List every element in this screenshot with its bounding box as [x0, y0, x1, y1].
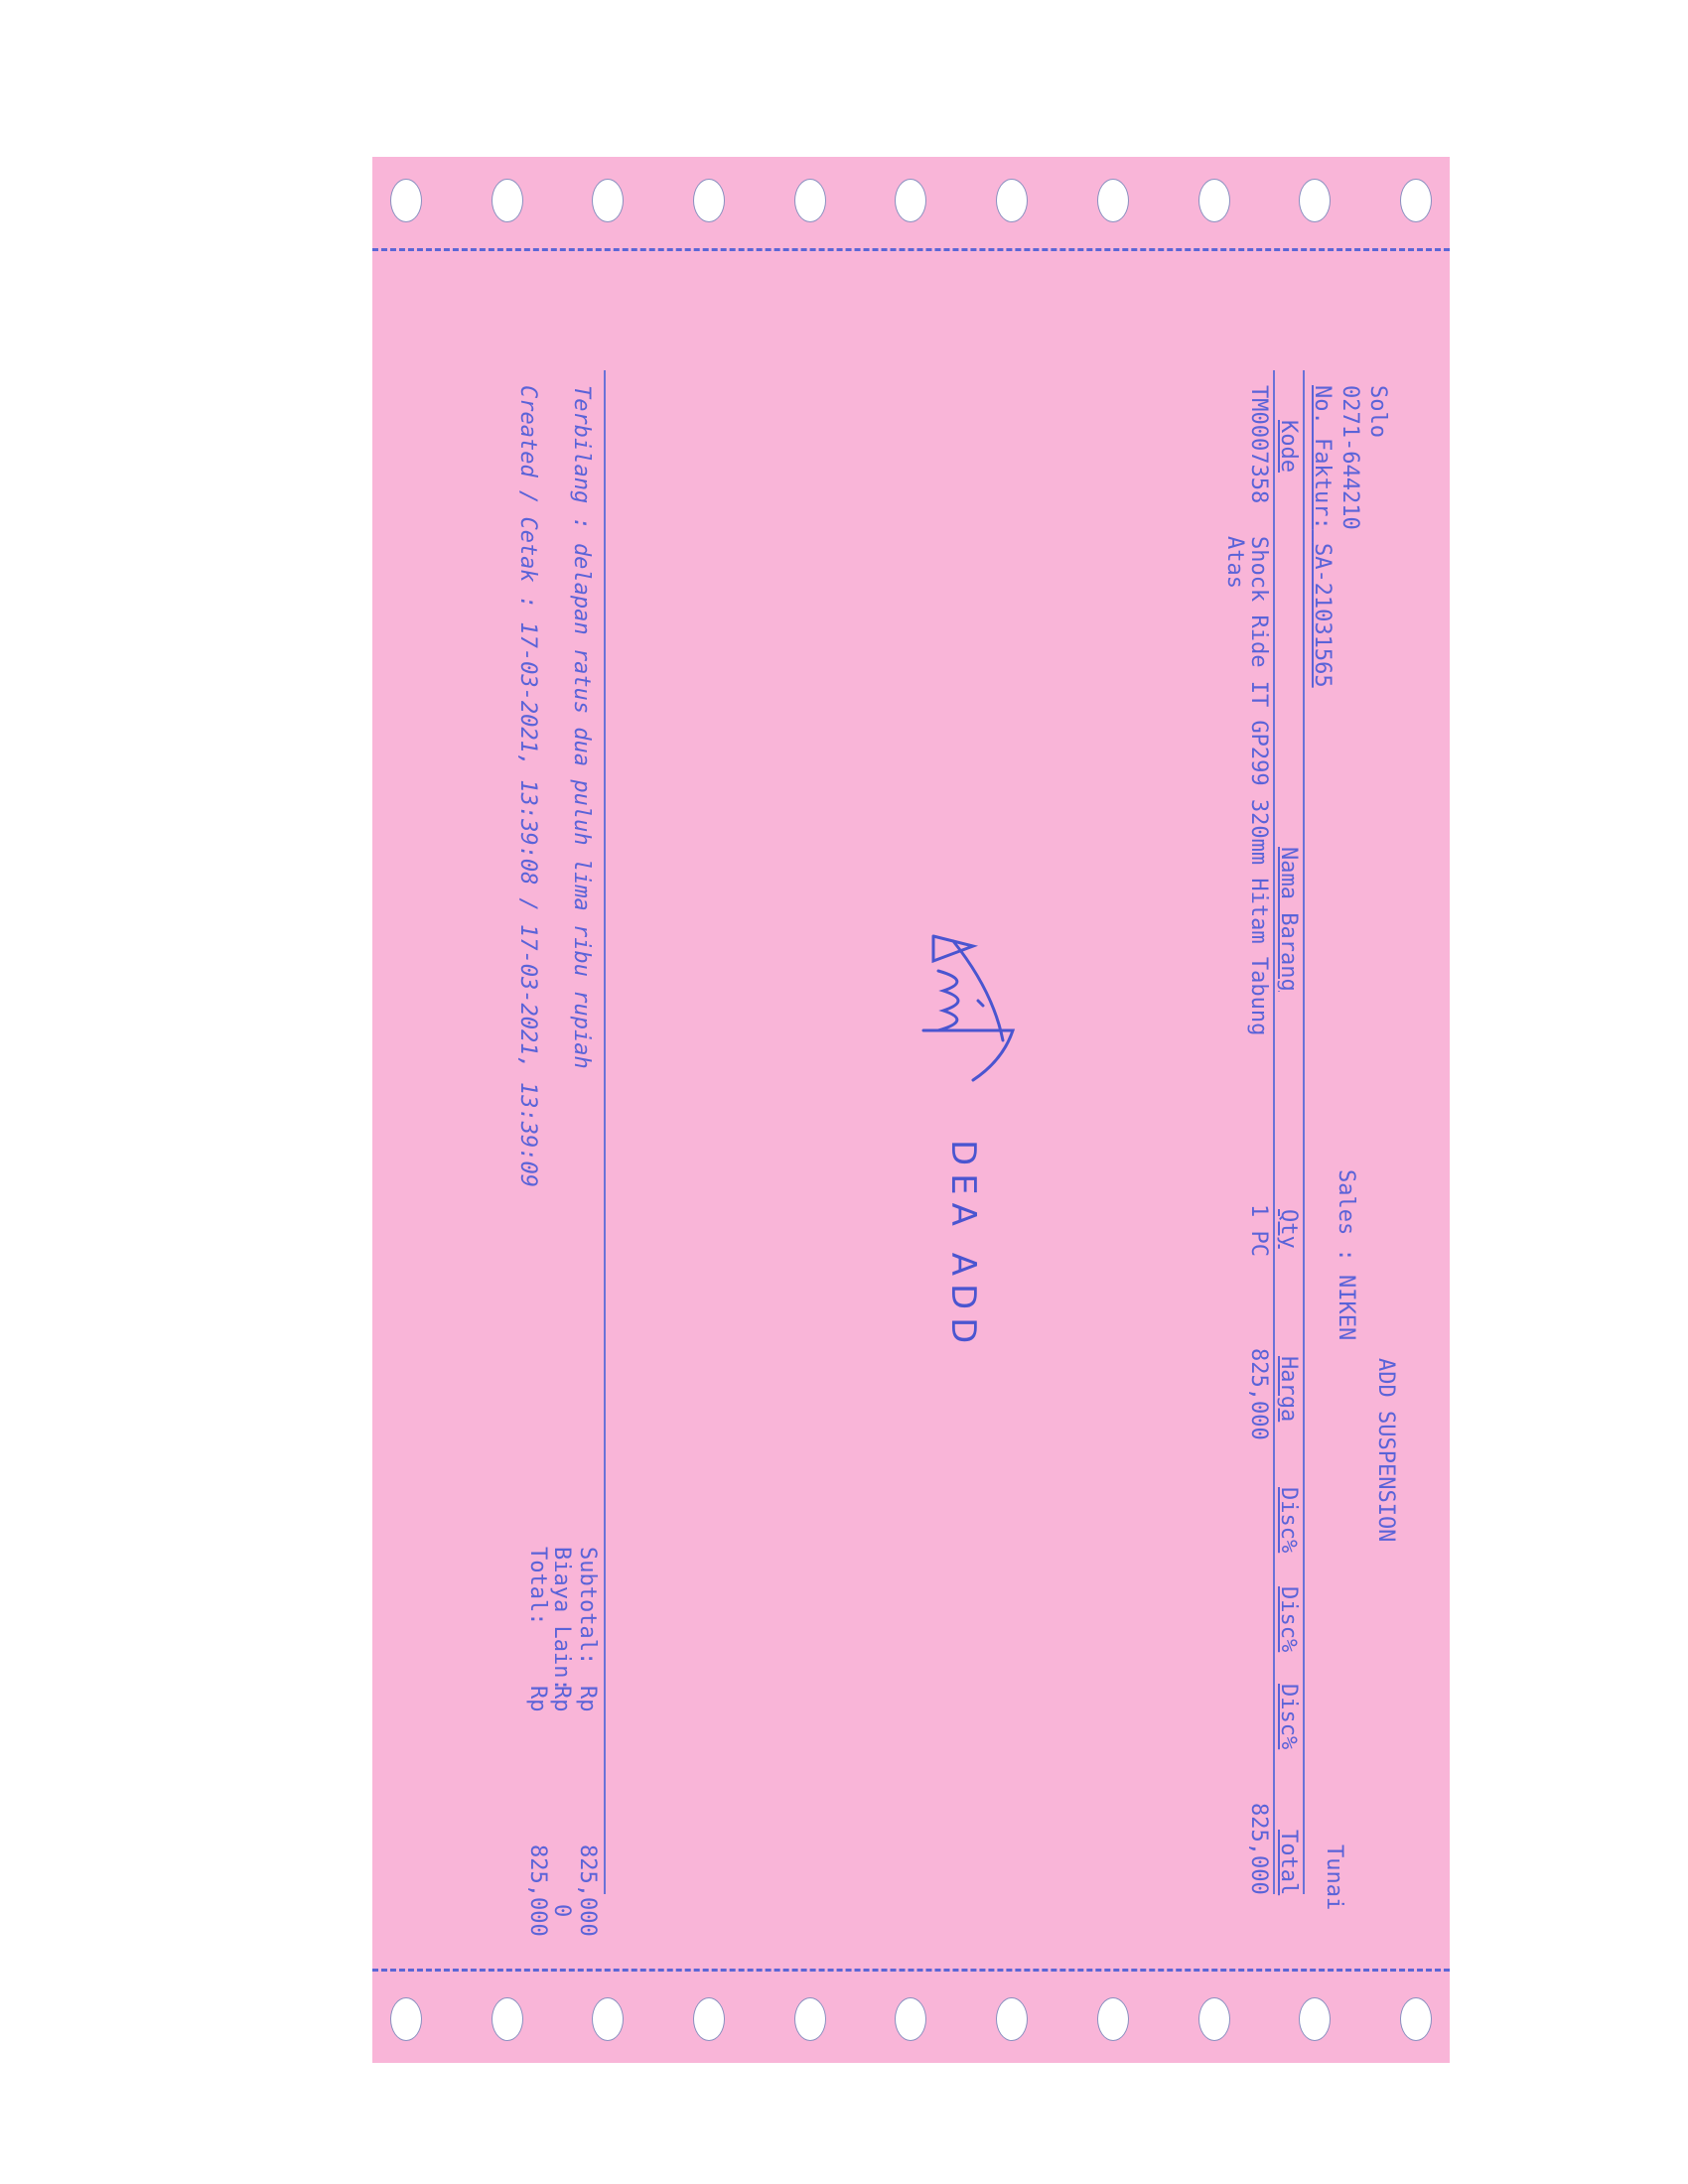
created-timestamp: Created / Cetak : 17-03-2021, 13:39:08 /… [515, 385, 540, 1187]
perforation-hole [1097, 1997, 1129, 2041]
col-nama-barang: Nama Barang [1276, 847, 1301, 992]
subtotal-label: Subtotal: [575, 1547, 600, 1665]
perforation-hole [693, 1997, 725, 2041]
row-nama-barang-cont: Atas [1222, 536, 1247, 589]
perforation-hole [1299, 1997, 1331, 2041]
col-harga: Harga [1276, 1356, 1301, 1422]
biaya-lain-currency: Rp [549, 1686, 574, 1712]
perforation-hole [693, 179, 725, 222]
city: Solo [1365, 385, 1390, 438]
invoice-value: SA-21031565 [1310, 543, 1335, 688]
col-disc3: Disc% [1276, 1684, 1301, 1749]
row-kode: TM0007358 [1246, 385, 1271, 503]
tractor-feed-strip-top [372, 157, 1450, 251]
perforation-hole [1400, 1997, 1432, 2041]
col-disc2: Disc% [1276, 1586, 1301, 1652]
perforation-hole [996, 179, 1028, 222]
signature [904, 931, 1033, 1100]
sales-label: Sales : [1334, 1169, 1358, 1262]
subtotal-currency: Rp [575, 1686, 600, 1712]
col-kode: Kode [1276, 420, 1301, 473]
perforation-hole [492, 179, 523, 222]
table-header-rule [1273, 370, 1275, 1894]
perforation-hole [996, 1997, 1028, 2041]
row-nama-barang: Shock Ride IT GP299 320mm Hitam Tabung [1246, 536, 1271, 1035]
invoice-paper: Solo 0271-644210 No. Faktur: SA-21031565… [372, 157, 1450, 2063]
footer-rule [604, 370, 606, 1894]
perforation-hole [794, 179, 826, 222]
total-value: 825,000 [525, 1844, 550, 1937]
perforation-hole [1198, 1997, 1230, 2041]
tractor-feed-strip-bottom [372, 1969, 1450, 2063]
sales: Sales : NIKEN [1334, 1169, 1358, 1340]
perforation-hole [1198, 179, 1230, 222]
invoice-label: No. Faktur: [1310, 385, 1335, 530]
handwritten-note: DEA ADD [943, 1140, 983, 1351]
invoice-number: No. Faktur: SA-21031565 [1310, 385, 1335, 688]
biaya-lain-value: 0 [549, 1904, 574, 1917]
biaya-lain-label: Biaya Lain: [549, 1547, 574, 1692]
perforation-hole [492, 1997, 523, 2041]
signature-icon [904, 931, 1033, 1100]
col-disc1: Disc% [1276, 1487, 1301, 1553]
perforation-hole [592, 1997, 624, 2041]
table-top-rule [1303, 370, 1305, 1894]
total-label: Total: [525, 1547, 550, 1625]
invoice-content: Solo 0271-644210 No. Faktur: SA-21031565… [372, 256, 1450, 1964]
row-qty: 1 PC [1246, 1204, 1271, 1257]
phone: 0271-644210 [1337, 385, 1362, 530]
subtotal-value: 825,000 [575, 1844, 600, 1937]
perforation-hole [1400, 179, 1432, 222]
perforation-hole [794, 1997, 826, 2041]
row-harga: 825,000 [1246, 1348, 1271, 1440]
total-currency: Rp [525, 1686, 550, 1712]
perforation-hole [390, 179, 422, 222]
perforation-hole [592, 179, 624, 222]
payment-type: Tunai [1322, 1844, 1346, 1910]
sales-name: NIKEN [1334, 1275, 1358, 1340]
perforation-hole [895, 179, 926, 222]
perforation-hole [390, 1997, 422, 2041]
col-qty: Qty [1276, 1209, 1301, 1249]
col-total: Total [1276, 1830, 1301, 1895]
perforation-hole [895, 1997, 926, 2041]
perforation-hole [1097, 179, 1129, 222]
terbilang: Terbilang : delapan ratus dua puluh lima… [569, 385, 594, 1069]
store-name: ADD SUSPENSION [1373, 1358, 1398, 1542]
perforation-hole [1299, 179, 1331, 222]
row-total: 825,000 [1246, 1803, 1271, 1895]
